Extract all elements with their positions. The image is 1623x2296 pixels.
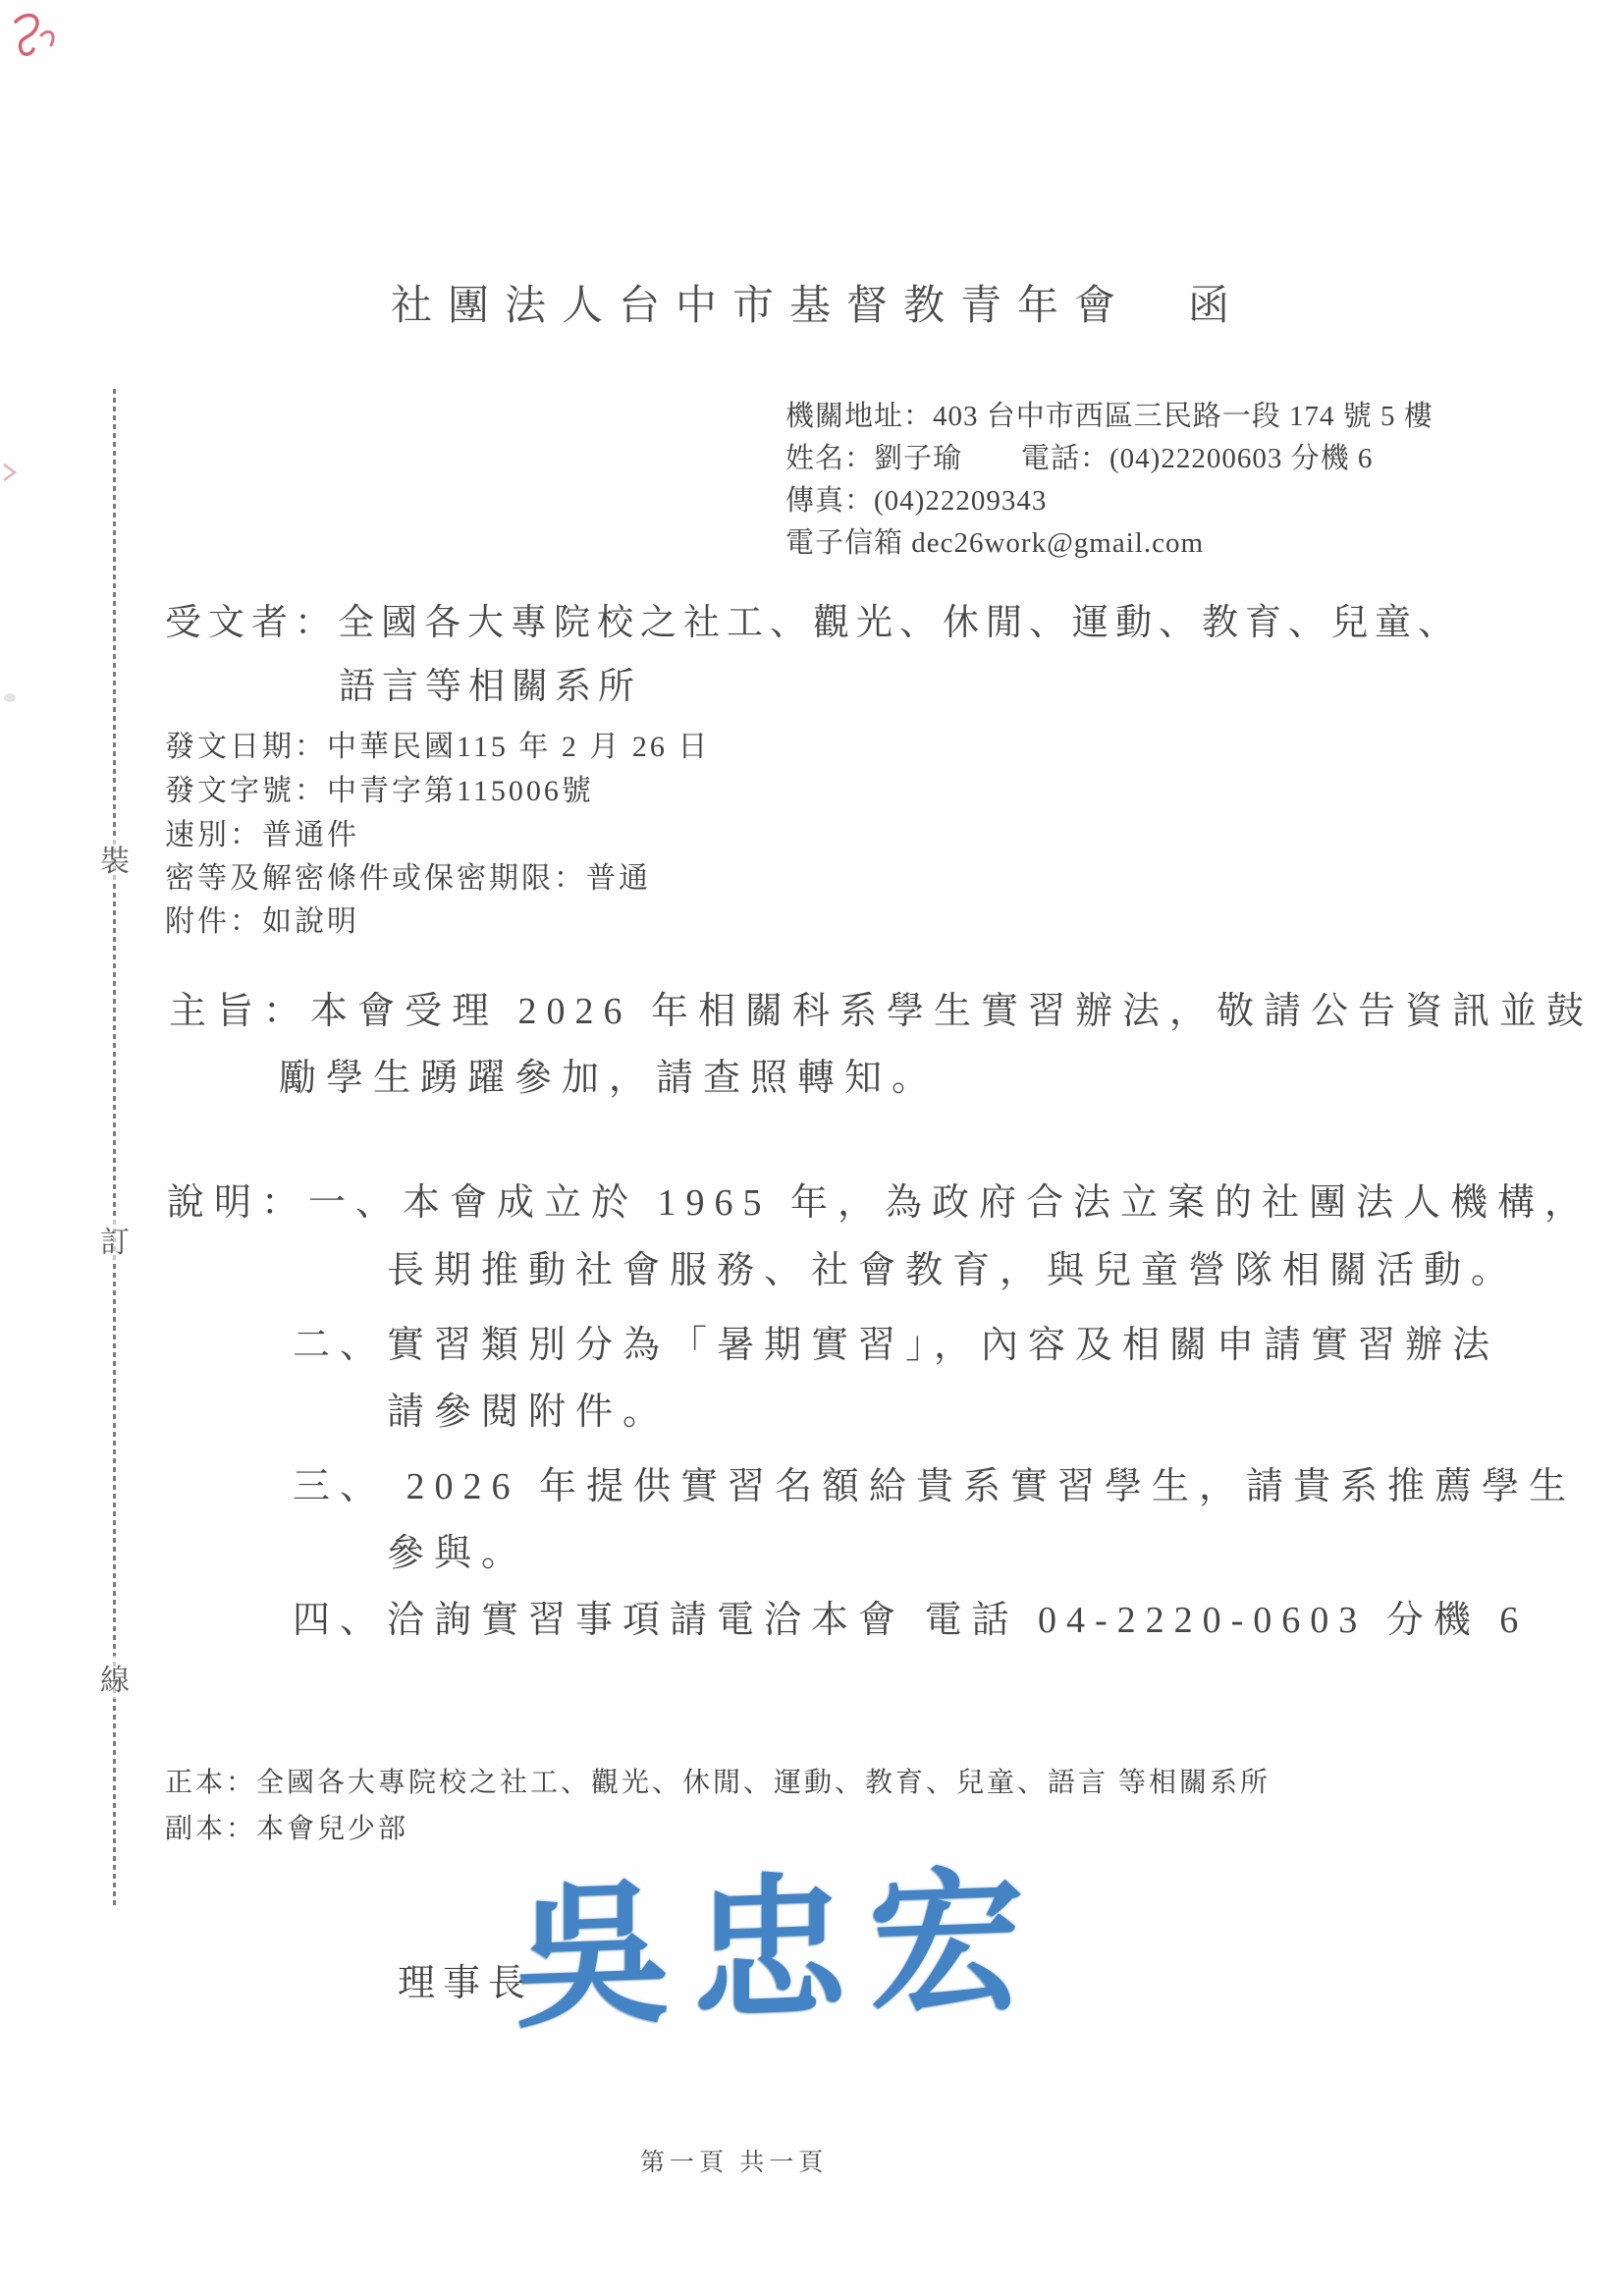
speed-class-line: 速別：普通件 (165, 810, 359, 853)
security-class-line: 密等及解密條件或保密期限：普通 (165, 853, 651, 897)
scanned-letter-page: 裝 訂 線 社團法人台中市基督教青年會 函 機關地址：403 台中市西區三民路一… (0, 0, 1623, 2296)
duplicate-copy-line: 副本：本會兒少部 (165, 1807, 408, 1846)
binding-label-ding: 訂 (96, 1218, 134, 1261)
red-pen-scribble (6, 8, 61, 71)
explanation-item-3-line-2: 參與。 (387, 1522, 528, 1576)
original-copy-line: 正本：全國各大專院校之社工、觀光、休閒、運動、教育、兒童、語言 等相關系所 (165, 1761, 1271, 1800)
sender-address-line: 機關地址：403 台中市西區三民路一段 174 號 5 樓 (785, 396, 1434, 438)
explanation-item-2-line-1: 二、實習類別分為「暑期實習」，內容及相關申請實習辦法 (293, 1314, 1499, 1368)
subject-line-2: 勵學生踴躍參加，請查照轉知。 (279, 1047, 939, 1101)
sender-email-line: 電子信箱 dec26work@gmail.com (785, 522, 1204, 565)
page-number-footer: 第一頁 共一頁 (640, 2143, 828, 2178)
document-title: 社團法人台中市基督教青年會 函 (391, 273, 1245, 332)
explanation-item-2-line-2: 請參閱附件。 (387, 1381, 670, 1435)
explanation-item-1-line-1: 說明：一、本會成立於 1965 年，為政府合法立案的社團法人機構， (167, 1172, 1592, 1226)
red-tick-mark (2, 462, 20, 483)
sender-contact-line: 姓名：劉子瑜 電話：(04)22200603 分機 6 (785, 438, 1373, 480)
attachment-line: 附件：如說明 (165, 897, 359, 940)
explanation-item-4-line-1: 四、洽詢實習事項請電洽本會 電話 04-2220-0603 分機 6 (293, 1589, 1528, 1643)
issue-date-line: 發文日期：中華民國115 年 2 月 26 日 (165, 722, 710, 765)
reference-number-line: 發文字號：中青字第115006號 (165, 766, 594, 809)
explanation-item-3-line-1: 三、 2026 年提供實習名額給貴系實習學生，請貴系推薦學生 (293, 1455, 1576, 1509)
chairman-signature-stamp: 吳忠宏 (515, 1865, 1046, 2039)
chairman-title-label: 理事長 (398, 1952, 533, 2006)
recipient-line-2: 語言等相關系所 (339, 656, 641, 709)
recipient-line-1: 受文者：全國各大專院校之社工、觀光、休閒、運動、教育、兒童、 (165, 592, 1461, 645)
binding-label-zhuang: 裝 (96, 837, 134, 880)
scan-smudge (4, 693, 16, 702)
sender-fax-line: 傳真：(04)22209343 (785, 480, 1047, 522)
binding-label-xian: 線 (96, 1656, 134, 1699)
explanation-item-1-line-2: 長期推動社會服務、社會教育，與兒童營隊相關活動。 (387, 1239, 1518, 1293)
subject-line-1: 主旨：本會受理 2026 年相關科系學生實習辦法，敬請公告資訊並鼓 (169, 980, 1594, 1034)
